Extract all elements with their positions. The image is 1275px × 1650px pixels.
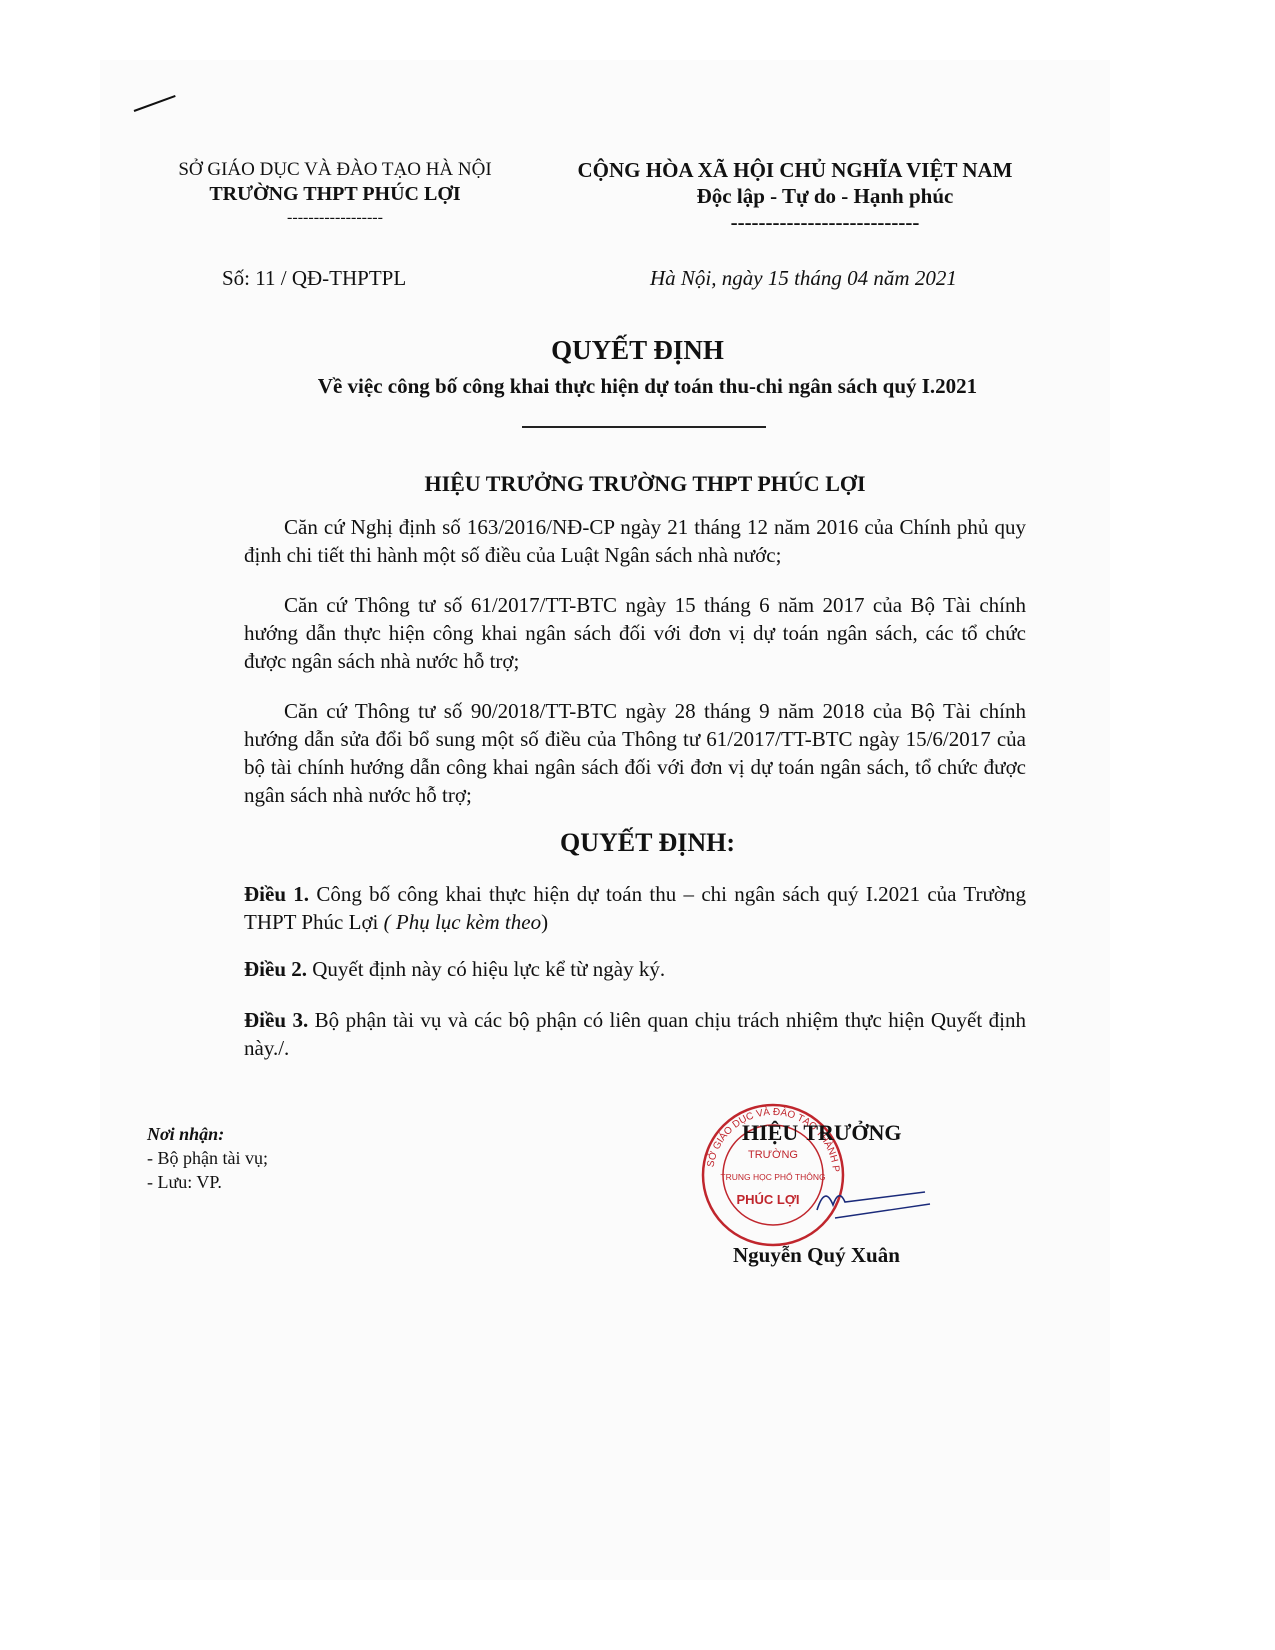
- place-date: Hà Nội, ngày 15 tháng 04 năm 2021: [650, 266, 957, 291]
- document-number: Số: 11 / QĐ-THPTPL: [222, 266, 406, 291]
- preamble-paragraph: Căn cứ Nghị định số 163/2016/NĐ-CP ngày …: [244, 513, 1026, 569]
- preamble-paragraph: Căn cứ Thông tư số 61/2017/TT-BTC ngày 1…: [244, 591, 1026, 675]
- article-label: Điều 3.: [244, 1008, 308, 1032]
- recipient-item: - Lưu: VP.: [147, 1170, 268, 1194]
- national-motto: Độc lập - Tự do - Hạnh phúc: [545, 183, 1045, 209]
- svg-text:PHÚC LỢI: PHÚC LỢI: [736, 1192, 799, 1207]
- article-2: Điều 2. Quyết định này có hiệu lực kể từ…: [244, 955, 1026, 983]
- recipients: Nơi nhận: - Bộ phận tài vụ; - Lưu: VP.: [147, 1122, 268, 1194]
- national-header: CỘNG HÒA XÃ HỘI CHỦ NGHĨA VIỆT NAM Độc l…: [545, 157, 1045, 235]
- article-text: Công bố công khai thực hiện dự toán thu …: [244, 882, 1026, 934]
- department-name: SỞ GIÁO DỤC VÀ ĐÀO TẠO HÀ NỘI: [170, 158, 500, 182]
- decision-heading: QUYẾT ĐỊNH:: [0, 828, 1275, 858]
- separator: ------------------: [170, 206, 500, 230]
- document-title: QUYẾT ĐỊNH: [0, 335, 1275, 366]
- signer-title: HIỆU TRƯỞNG: [742, 1120, 902, 1146]
- recipient-item: - Bộ phận tài vụ;: [147, 1146, 268, 1170]
- preamble-paragraph: Căn cứ Thông tư số 90/2018/TT-BTC ngày 2…: [244, 697, 1026, 809]
- article-text: Bộ phận tài vụ và các bộ phận có liên qu…: [244, 1008, 1026, 1060]
- nation-name: CỘNG HÒA XÃ HỘI CHỦ NGHĨA VIỆT NAM: [545, 157, 1045, 183]
- title-underline: [522, 426, 766, 428]
- separator: ---------------------------: [545, 209, 1045, 235]
- article-1: Điều 1. Công bố công khai thực hiện dự t…: [244, 880, 1026, 936]
- signer-name: Nguyễn Quý Xuân: [733, 1243, 900, 1268]
- recipients-heading: Nơi nhận:: [147, 1122, 268, 1146]
- article-note: ( Phụ lục kèm theo: [384, 910, 541, 934]
- document-subtitle: Về việc công bố công khai thực hiện dự t…: [0, 374, 1275, 399]
- issuing-authority: SỞ GIÁO DỤC VÀ ĐÀO TẠO HÀ NỘI TRƯỜNG THP…: [170, 158, 500, 230]
- article-label: Điều 2.: [244, 957, 307, 981]
- svg-text:TRUNG HỌC PHỔ THÔNG: TRUNG HỌC PHỔ THÔNG: [720, 1171, 825, 1182]
- issuing-authority-title: HIỆU TRƯỞNG TRƯỜNG THPT PHÚC LỢI: [0, 471, 1275, 497]
- article-note-close: ): [541, 910, 548, 934]
- article-3: Điều 3. Bộ phận tài vụ và các bộ phận có…: [244, 1006, 1026, 1062]
- handwritten-signature-icon: [815, 1180, 935, 1220]
- article-text: Quyết định này có hiệu lực kể từ ngày ký…: [307, 957, 665, 981]
- svg-text:TRƯỜNG: TRƯỜNG: [748, 1148, 798, 1161]
- article-label: Điều 1.: [244, 882, 309, 906]
- school-name: TRƯỜNG THPT PHÚC LỢI: [170, 182, 500, 206]
